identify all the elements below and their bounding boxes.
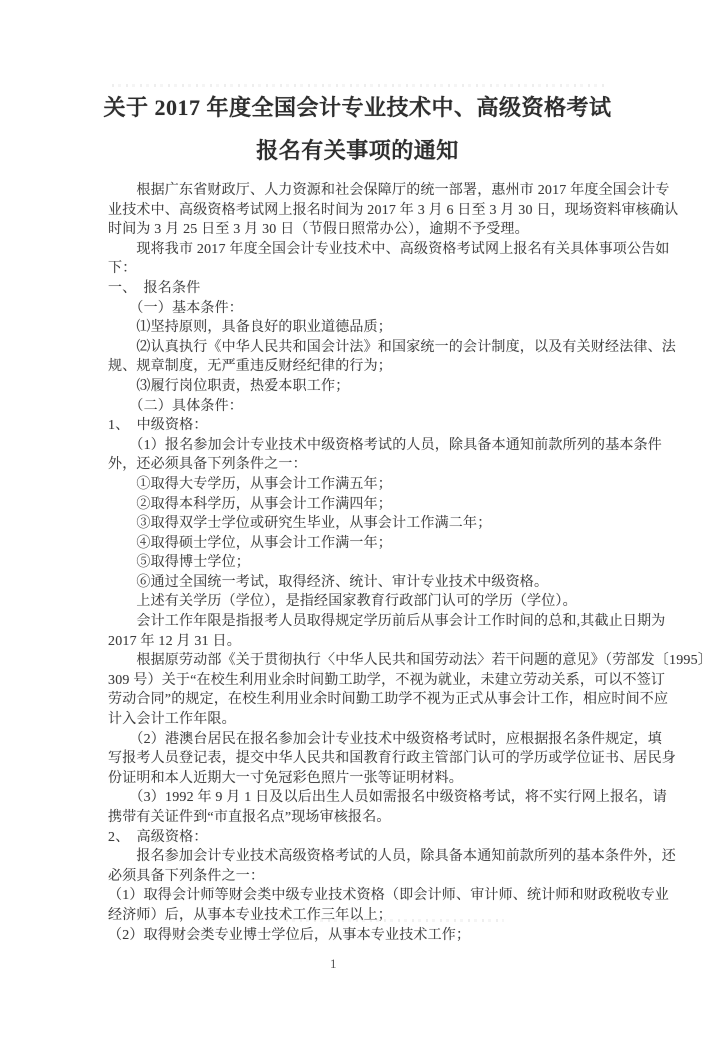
scan-noise-band — [286, 919, 504, 922]
document-line: 业技术中、高级资格考试网上报名时间为 2017 年 3 月 6 日至 3 月 3… — [108, 201, 608, 221]
document-subsection-heading: 1、 中级资格： — [108, 416, 608, 436]
document-section-heading: 一、 报名条件 — [108, 279, 608, 299]
document-line: ⑥通过全国统一考试，取得经济、统计、审计专业技术中级资格。 — [108, 573, 608, 593]
document-line: 劳动合同”的规定，在校生利用业余时间勤工助学不视为正式从事会计工作，相应时间不应 — [108, 690, 608, 710]
document-line: 现将我市 2017 年度全国会计专业技术中、高级资格考试网上报名有关具体事项公告… — [108, 240, 608, 260]
document-line: 会计工作年限是指报考人员取得规定学历前后从事会计工作时间的总和,其截止日期为 — [108, 612, 608, 632]
document-line: 上述有关学历（学位），是指经国家教育行政部门认可的学历（学位）。 — [108, 592, 608, 612]
scanned-document-page: 关于 2017 年度全国会计专业技术中、高级资格考试 报名有关事项的通知 根据广… — [0, 0, 715, 1055]
document-line: 经济师）后，从事本专业技术工作三年以上； — [108, 906, 608, 926]
document-subsection-heading: （二）具体条件： — [108, 397, 608, 417]
document-line: ②取得本科学历，从事会计工作满四年； — [108, 495, 608, 515]
document-line: 报名参加会计专业技术高级资格考试的人员，除具备本通知前款所列的基本条件外，还 — [108, 847, 608, 867]
document-line: 时间为 3 月 25 日至 3 月 30 日（节假日照常办公），逾期不予受理。 — [108, 220, 608, 240]
document-line: ⑵认真执行《中华人民共和国会计法》和国家统一的会计制度，以及有关财经法律、法 — [108, 338, 608, 358]
document-title-line-1: 关于 2017 年度全国会计专业技术中、高级资格考试 — [70, 86, 645, 129]
document-subsection-heading: 2、 高级资格： — [108, 828, 608, 848]
document-line: 规、规章制度，无严重违反财经纪律的行为； — [108, 357, 608, 377]
document-line: ①取得大专学历，从事会计工作满五年； — [108, 475, 608, 495]
document-title-line-2: 报名有关事项的通知 — [70, 129, 645, 172]
document-line: 写报考人员登记表，提交中华人民共和国教育行政主管部门认可的学历或学位证书、居民身 — [108, 749, 608, 769]
document-line: 根据广东省财政厅、人力资源和社会保障厅的统一部署，惠州市 2017 年度全国会计… — [108, 181, 608, 201]
page-number: 1 — [330, 956, 337, 972]
document-line: （1）取得会计师等财会类中级专业技术资格（即会计师、审计师、统计师和财政税收专业 — [108, 886, 608, 906]
document-line: 外，还必须具备下列条件之一： — [108, 455, 608, 475]
document-line: ⑴坚持原则，具备良好的职业道德品质； — [108, 318, 608, 338]
document-line: ④取得硕士学位，从事会计工作满一年； — [108, 534, 608, 554]
document-line: 下： — [108, 259, 608, 279]
document-line: ⑶履行岗位职责，热爱本职工作； — [108, 377, 608, 397]
document-body: 根据广东省财政厅、人力资源和社会保障厅的统一部署，惠州市 2017 年度全国会计… — [108, 181, 608, 945]
document-line: ⑤取得博士学位； — [108, 553, 608, 573]
document-line: 必须具备下列条件之一： — [108, 867, 608, 887]
document-line: 计入会计工作年限。 — [108, 710, 608, 730]
document-line: 携带有关证件到“市直报名点”现场审核报名。 — [108, 808, 608, 828]
document-line: 2017 年 12 月 31 日。 — [108, 632, 608, 652]
document-line: （3）1992 年 9 月 1 日及以后出生人员如需报名中级资格考试，将不实行网… — [108, 788, 608, 808]
document-line: ③取得双学士学位或研究生毕业，从事会计工作满二年； — [108, 514, 608, 534]
document-subsection-heading: （一）基本条件： — [108, 299, 608, 319]
document-line: （2）港澳台居民在报名参加会计专业技术中级资格考试时，应根据报名条件规定，填 — [108, 730, 608, 750]
document-line: 根据原劳动部《关于贯彻执行〈中华人民共和国劳动法〉若干问题的意见》（劳部发〔19… — [108, 651, 608, 671]
document-title: 关于 2017 年度全国会计专业技术中、高级资格考试 报名有关事项的通知 — [70, 86, 645, 172]
document-line: 309 号）关于“在校生利用业余时间勤工助学，不视为就业，未建立劳动关系，可以不… — [108, 671, 608, 691]
document-line: 份证明和本人近期大一寸免冠彩色照片一张等证明材料。 — [108, 769, 608, 789]
document-line: （2）取得财会类专业博士学位后，从事本专业技术工作； — [108, 926, 608, 946]
document-line: （1）报名参加会计专业技术中级资格考试的人员，除具备本通知前款所列的基本条件 — [108, 436, 608, 456]
